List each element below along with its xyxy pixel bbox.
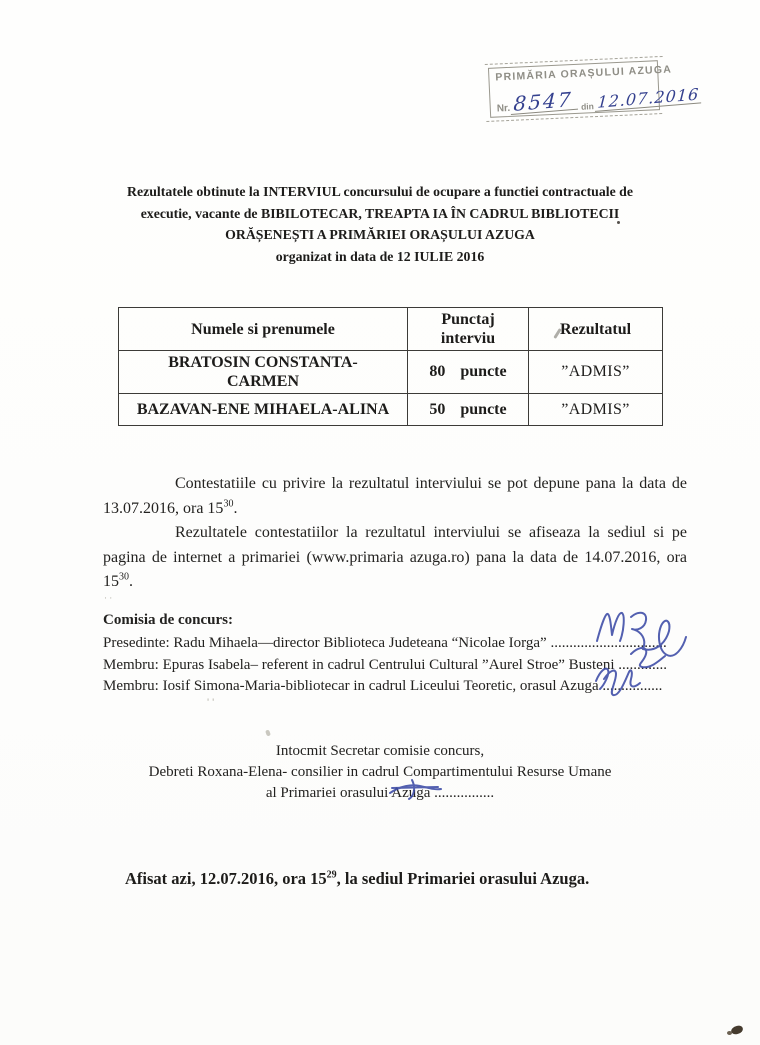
paragraph-text: . [129,573,133,590]
commission-president-line: Presedinte: Radu Mihaela—director Biblio… [103,633,723,655]
paragraph-text: . [233,500,237,517]
paragraph-text: Rezultatele contestatiilor la rezultatul… [103,524,687,590]
stamp-date-handwritten: 12.07.2016 [595,86,702,112]
title-line-2: executie, vacante de BIBILOTECAR, TREAPT… [0,203,760,225]
title-line-4: organizat in data de 12 IULIE 2016 [0,246,760,268]
stamp-nr-label: Nr. [497,104,511,115]
title-line-3: ORĂȘENEȘTI A PRIMĂRIEI ORAȘULUI AZUGA [0,224,760,246]
commission-member-line: Membru: Iosif Simona-Maria-bibliotecar i… [103,676,723,698]
superscript-hour: 29 [327,870,337,881]
commission-section: Comisia de concurs: Presedinte: Radu Mih… [103,610,723,698]
candidate-name: BRATOSIN CONSTANTA- CARMEN [119,351,408,394]
secretary-line-2: Debreti Roxana-Elena- consilier in cadru… [10,762,750,783]
candidate-name: BAZAVAN-ENE MIHAELA-ALINA [119,394,408,426]
candidate-score: 80puncte [408,351,529,394]
ink-blot [727,1031,732,1035]
ink-blot [730,1025,744,1036]
superscript-hour: 30 [119,572,129,583]
score-value: 80 [429,363,445,381]
table-header-row: Numele si prenumele Punctaj interviu Rez… [119,308,663,351]
paragraph-text: Contestatiile cu privire la rezultatul i… [103,475,687,517]
score-value: 50 [429,401,445,419]
header-punctaj: Punctaj interviu [408,308,529,351]
score-unit: puncte [460,401,506,419]
results-table: Numele si prenumele Punctaj interviu Rez… [118,307,663,426]
commission-member-line: Membru: Epuras Isabela– referent in cadr… [103,655,723,677]
stamp-nr-value-handwritten: 8547 [511,89,579,115]
body-paragraphs: Contestatiile cu privire la rezultatul i… [103,472,687,595]
posting-date-line: Afisat azi, 12.07.2016, ora 1529, la sed… [125,869,589,889]
stamp-organization: PRIMĂRIA ORAȘULUI AZUGA [495,64,651,83]
scanned-document-page: PRIMĂRIA ORAȘULUI AZUGA Nr. 8547 din 12.… [0,0,760,1045]
paragraph-results-posting: Rezultatele contestatiilor la rezultatul… [103,521,687,595]
secretary-line-1: Intocmit Secretar comisie concurs, [10,741,750,762]
footer-text: Afisat azi, 12.07.2016, ora 15 [125,869,327,888]
secretary-section: Intocmit Secretar comisie concurs, Debre… [10,741,750,805]
header-name: Numele si prenumele [119,308,408,351]
scan-speck: ' ' [207,697,214,709]
registration-stamp: PRIMĂRIA ORAȘULUI AZUGA Nr. 8547 din 12.… [488,60,660,118]
candidate-result: ”ADMIS” [529,351,663,394]
table-row: BAZAVAN-ENE MIHAELA-ALINA 50puncte ”ADMI… [119,394,663,426]
paragraph-contestations: Contestatiile cu privire la rezultatul i… [103,472,687,521]
candidate-result: ”ADMIS” [529,394,663,426]
document-title: Rezultatele obtinute la INTERVIUL concur… [0,181,760,267]
secretary-line-3: al Primariei orasului Azuga ............… [10,783,750,804]
header-result: Rezultatul [529,308,663,351]
stamp-number-row: Nr. 8547 din 12.07.2016 [496,86,653,114]
superscript-hour: 30 [223,498,233,509]
scan-speck [265,729,271,736]
candidate-score: 50puncte [408,394,529,426]
scan-speck: · · [104,597,113,600]
stamp-din-label: din [581,102,594,111]
table-row: BRATOSIN CONSTANTA- CARMEN 80puncte ”ADM… [119,351,663,394]
commission-heading: Comisia de concurs: [103,610,723,632]
score-unit: puncte [460,363,506,381]
title-line-1: Rezultatele obtinute la INTERVIUL concur… [0,181,760,203]
footer-text: , la sediul Primariei orasului Azuga. [337,869,590,888]
